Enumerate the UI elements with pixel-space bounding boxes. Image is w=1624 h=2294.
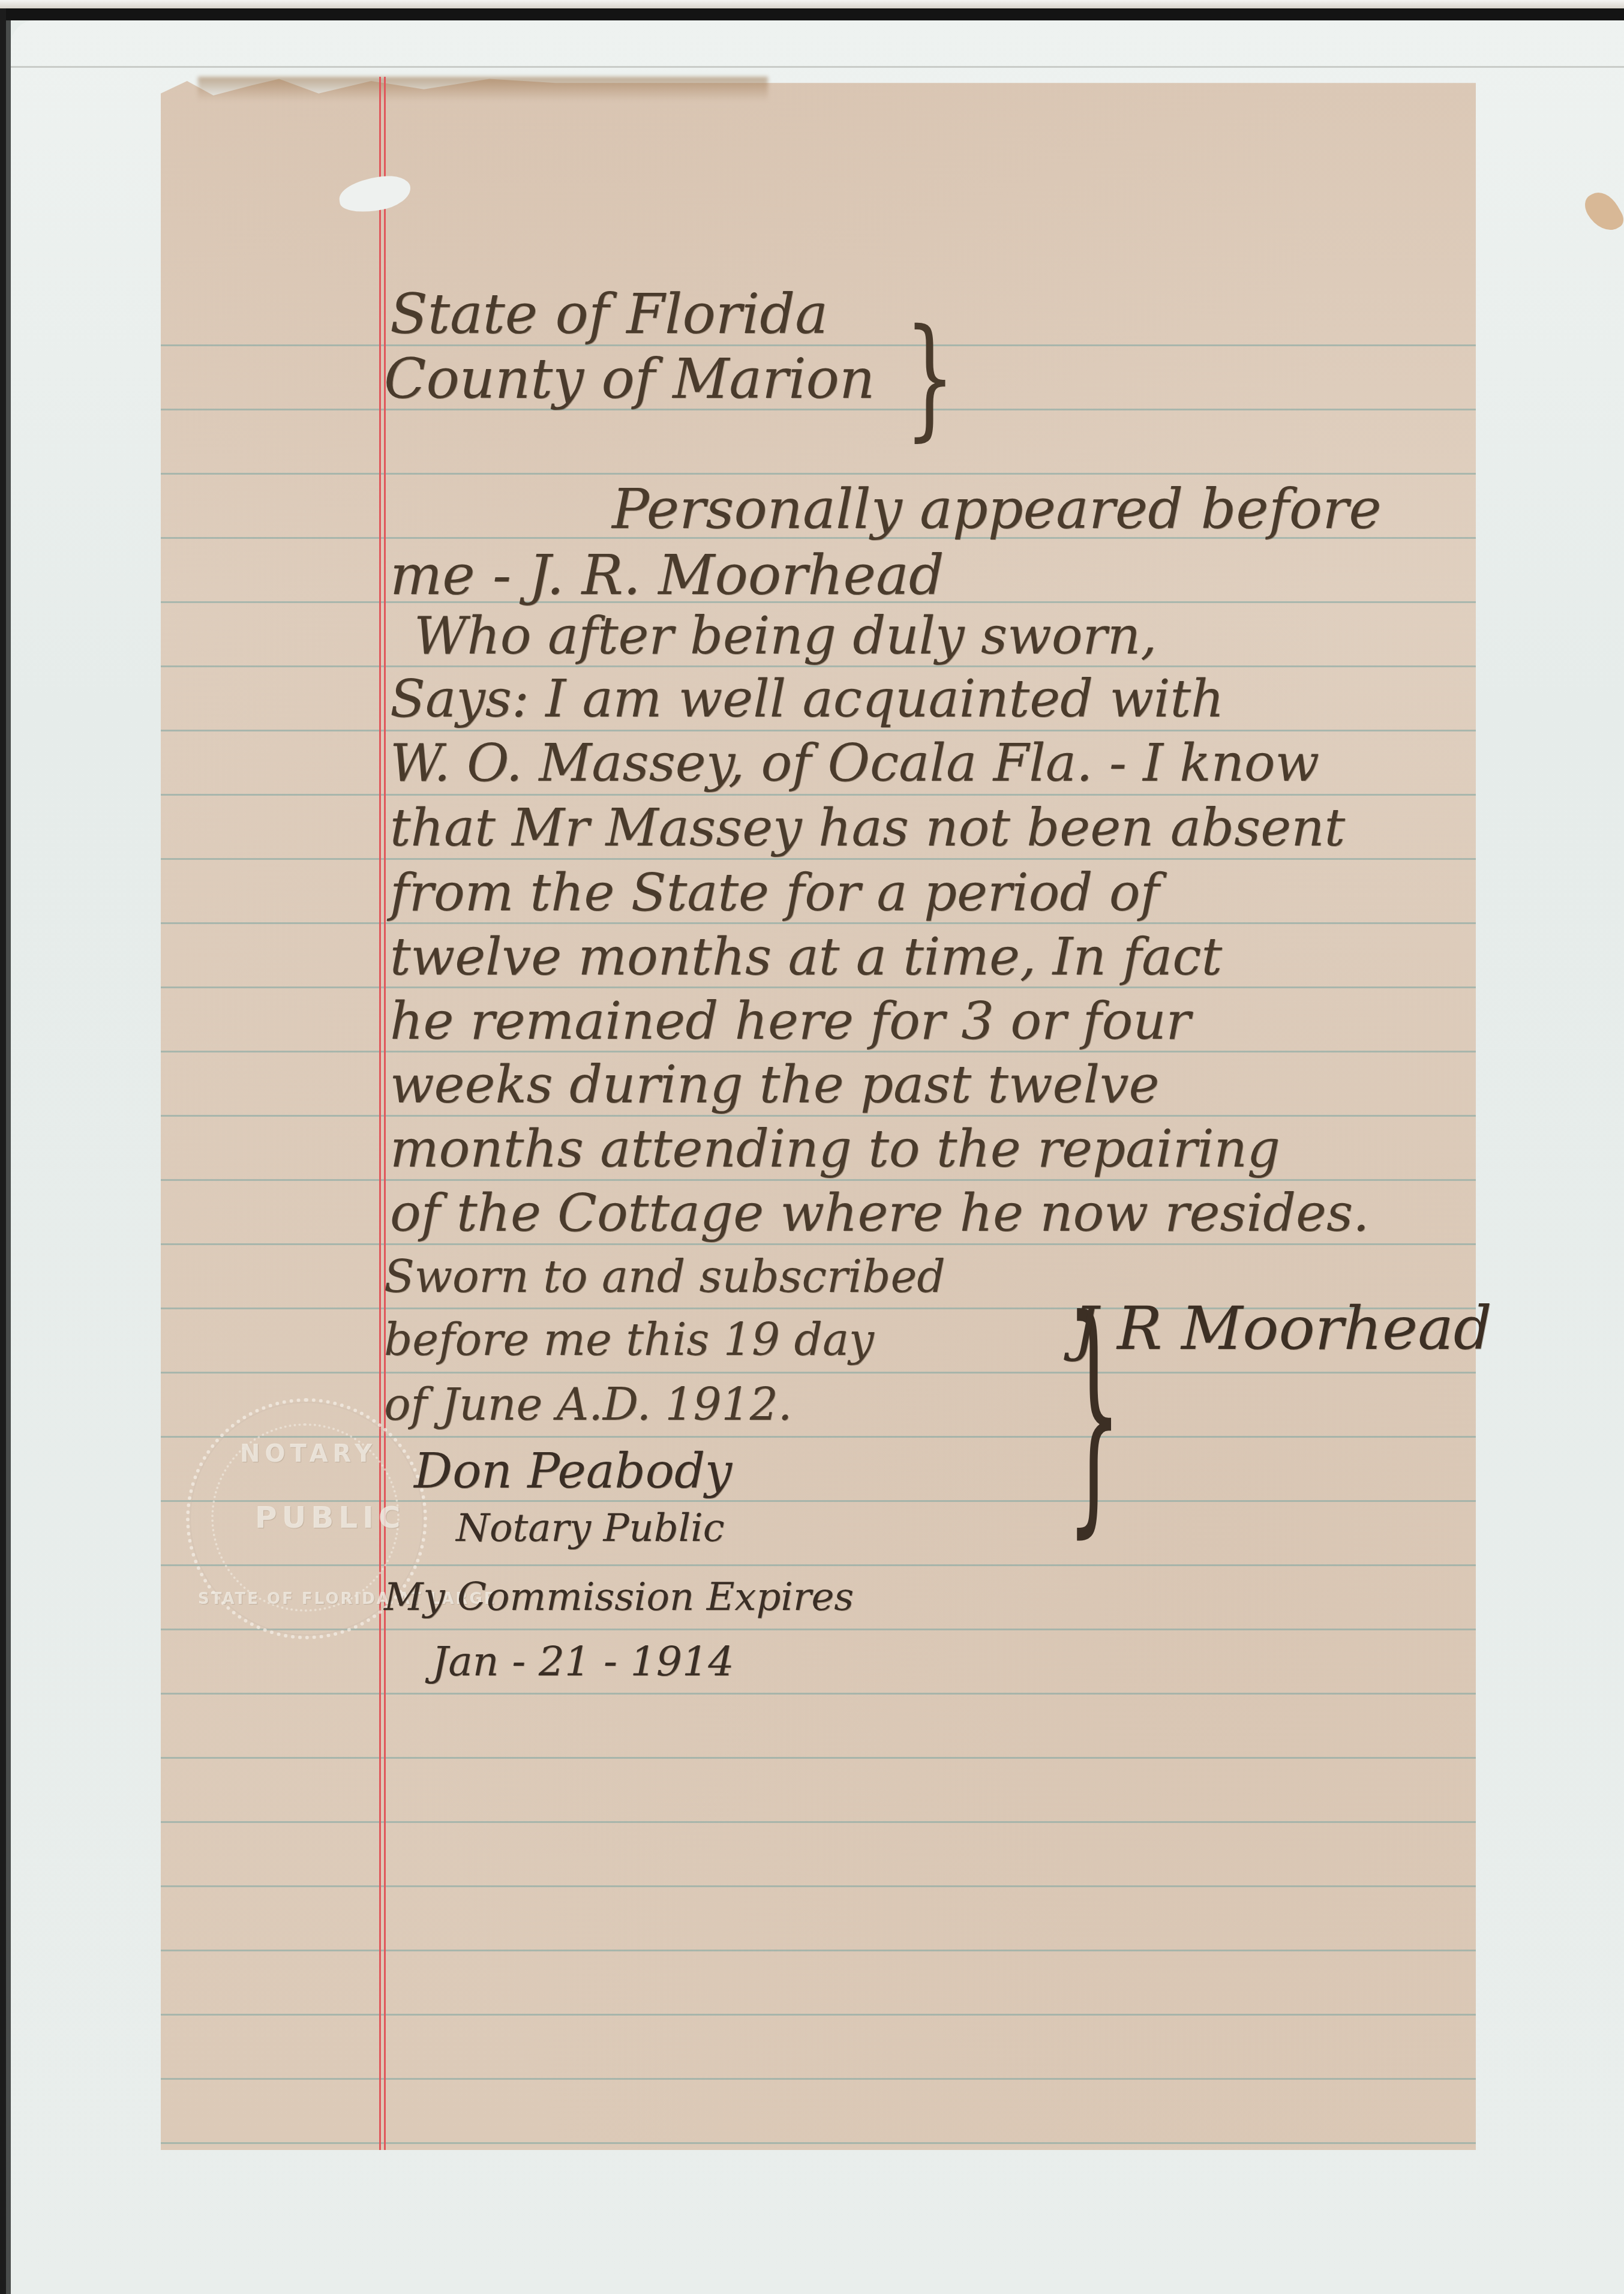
body-line: me - J. R. Moorhead xyxy=(390,543,944,607)
jurat-line: Sworn to and subscribed xyxy=(384,1251,945,1303)
ruled-line xyxy=(161,1757,1476,1759)
mount-edge-line xyxy=(11,66,1624,68)
ruled-line xyxy=(161,1372,1476,1374)
body-line: W. O. Massey, of Ocala Fla. - I know xyxy=(390,733,1319,793)
seal-top-text: NOTARY xyxy=(240,1440,377,1468)
ruled-line xyxy=(161,473,1476,475)
ruled-line xyxy=(161,2142,1476,2144)
scanner-frame-bar xyxy=(6,8,1624,20)
ruled-line xyxy=(161,858,1476,860)
ruled-line xyxy=(161,1179,1476,1181)
notary-signature: Don Peabody xyxy=(414,1443,732,1499)
ruled-line xyxy=(161,730,1476,731)
ruled-line xyxy=(161,2078,1476,2080)
seal-center-text: PUBLIC xyxy=(255,1500,406,1535)
margin-line xyxy=(379,77,381,2150)
commission-label: My Commission Expires xyxy=(384,1575,854,1620)
torn-edge-stain xyxy=(198,77,768,101)
ruled-line xyxy=(161,1629,1476,1630)
body-line: Who after being duly sworn, xyxy=(414,606,1157,666)
body-line: of the Cottage where he now resides. xyxy=(390,1183,1369,1243)
scanner-frame-top xyxy=(0,0,1624,8)
notary-title: Notary Public xyxy=(456,1506,725,1551)
body-line: Personally appeared before xyxy=(612,477,1382,541)
body-line: from the State for a period of xyxy=(390,863,1159,923)
ruled-line xyxy=(161,1950,1476,1951)
body-line: twelve months at a time, In fact xyxy=(390,927,1222,987)
venue-county: County of Marion xyxy=(384,347,875,411)
affiant-signature: J R Moorhead xyxy=(1074,1293,1492,1363)
body-line: that Mr Massey has not been absent xyxy=(390,798,1345,858)
venue-brace: { xyxy=(905,300,955,454)
body-line: Says: I am well acquainted with xyxy=(390,669,1224,729)
ruled-line xyxy=(161,2014,1476,2016)
ruled-line xyxy=(161,1821,1476,1823)
scanner-frame-left-inner xyxy=(6,20,11,2294)
body-line: he remained here for 3 or four xyxy=(390,991,1191,1051)
jurat-line: before me this 19 day xyxy=(384,1314,874,1366)
ruled-line xyxy=(161,794,1476,796)
ruled-line xyxy=(161,1885,1476,1887)
body-line: weeks during the past twelve xyxy=(390,1055,1159,1115)
ruled-line xyxy=(161,1115,1476,1117)
commission-date: Jan - 21 - 1914 xyxy=(432,1638,734,1686)
ruled-line xyxy=(161,1693,1476,1695)
scanner-frame-left xyxy=(0,8,6,2294)
venue-state: State of Florida xyxy=(390,282,828,346)
jurat-line: of June A.D. 1912. xyxy=(384,1379,792,1431)
body-line: months attending to the repairing xyxy=(390,1119,1280,1179)
ruled-line xyxy=(161,1243,1476,1245)
